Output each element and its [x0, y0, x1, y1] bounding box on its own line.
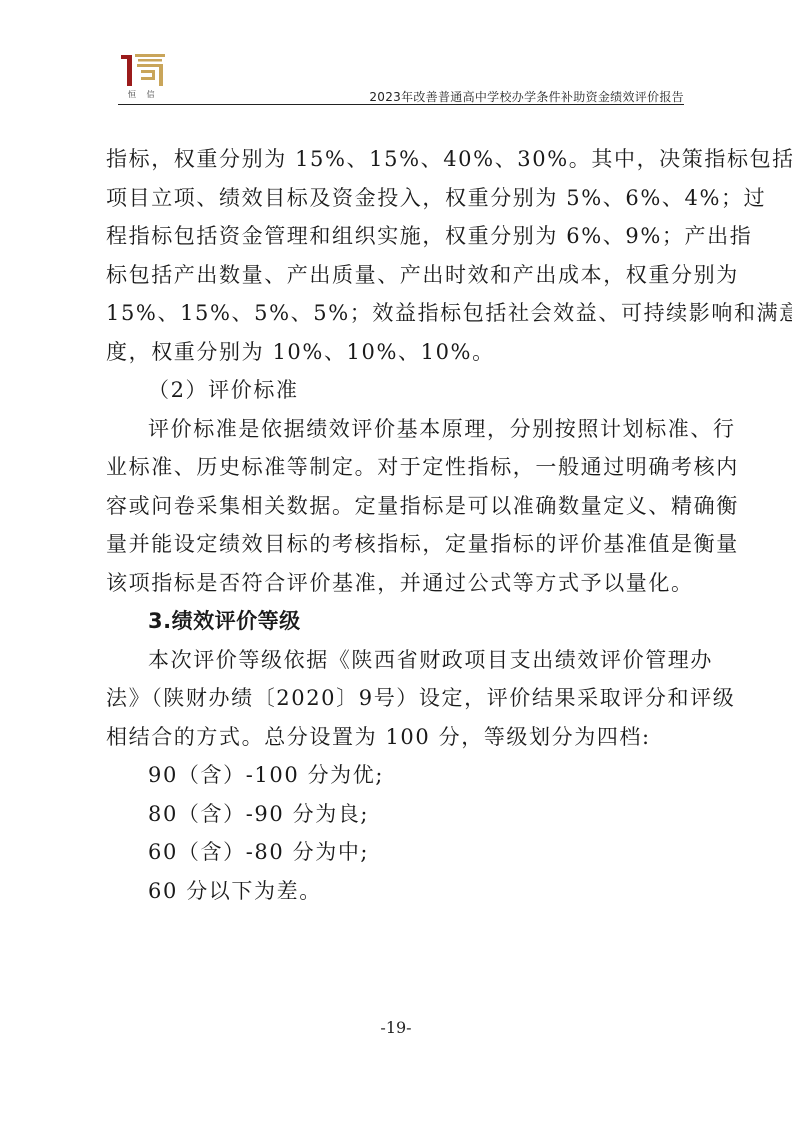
paragraph-line: 法》（陕财办绩〔2020〕9号）设定，评价结果采取评分和评级	[106, 679, 696, 718]
paragraph-line: 项目立项、绩效目标及资金投入，权重分别为 5%、6%、4%；过	[106, 179, 696, 218]
paragraph-line: 该项指标是否符合评价基准，并通过公式等方式予以量化。	[106, 564, 696, 603]
paragraph-line: 评价标准是依据绩效评价基本原理，分别按照计划标准、行	[106, 410, 696, 449]
grade-excellent: 90（含）-100 分为优;	[106, 756, 696, 795]
grade-good: 80（含）-90 分为良;	[106, 795, 696, 834]
paragraph-line: 度，权重分别为 10%、10%、10%。	[106, 333, 696, 372]
grade-poor: 60 分以下为差。	[106, 872, 696, 911]
hengxin-logo-icon	[118, 52, 178, 88]
paragraph-line: 业标准、历史标准等制定。对于定性指标，一般通过明确考核内	[106, 448, 696, 487]
body-text: 指标，权重分别为 15%、15%、40%、30%。其中，决策指标包括 项目立项、…	[106, 140, 696, 910]
subheading-evaluation-standards: （2）评价标准	[106, 371, 696, 410]
grade-medium: 60（含）-80 分为中;	[106, 833, 696, 872]
page-number: -19-	[0, 1018, 792, 1037]
paragraph-line: 标包括产出数量、产出质量、产出时效和产出成本，权重分别为	[106, 256, 696, 295]
paragraph-line: 15%、15%、5%、5%；效益指标包括社会效益、可持续影响和满意	[106, 294, 696, 333]
document-page: 恒 信 2023年改善普通高中学校办学条件补助资金绩效评价报告 指标，权重分别为…	[0, 0, 792, 1121]
paragraph-line: 程指标包括资金管理和组织实施，权重分别为 6%、9%；产出指	[106, 217, 696, 256]
paragraph-line: 相结合的方式。总分设置为 100 分，等级划分为四档:	[106, 718, 696, 757]
paragraph-line: 容或问卷采集相关数据。定量指标是可以准确数量定义、精确衡	[106, 487, 696, 526]
paragraph-line: 指标，权重分别为 15%、15%、40%、30%。其中，决策指标包括	[106, 140, 696, 179]
header-divider	[118, 104, 684, 105]
paragraph-line: 本次评价等级依据《陕西省财政项目支出绩效评价管理办	[106, 641, 696, 680]
section-heading-performance-grades: 3.绩效评价等级	[106, 602, 696, 641]
company-logo: 恒 信	[118, 52, 178, 100]
report-title: 2023年改善普通高中学校办学条件补助资金绩效评价报告	[369, 88, 684, 105]
paragraph-line: 量并能设定绩效目标的考核指标，定量指标的评价基准值是衡量	[106, 525, 696, 564]
logo-text: 恒 信	[128, 89, 159, 100]
